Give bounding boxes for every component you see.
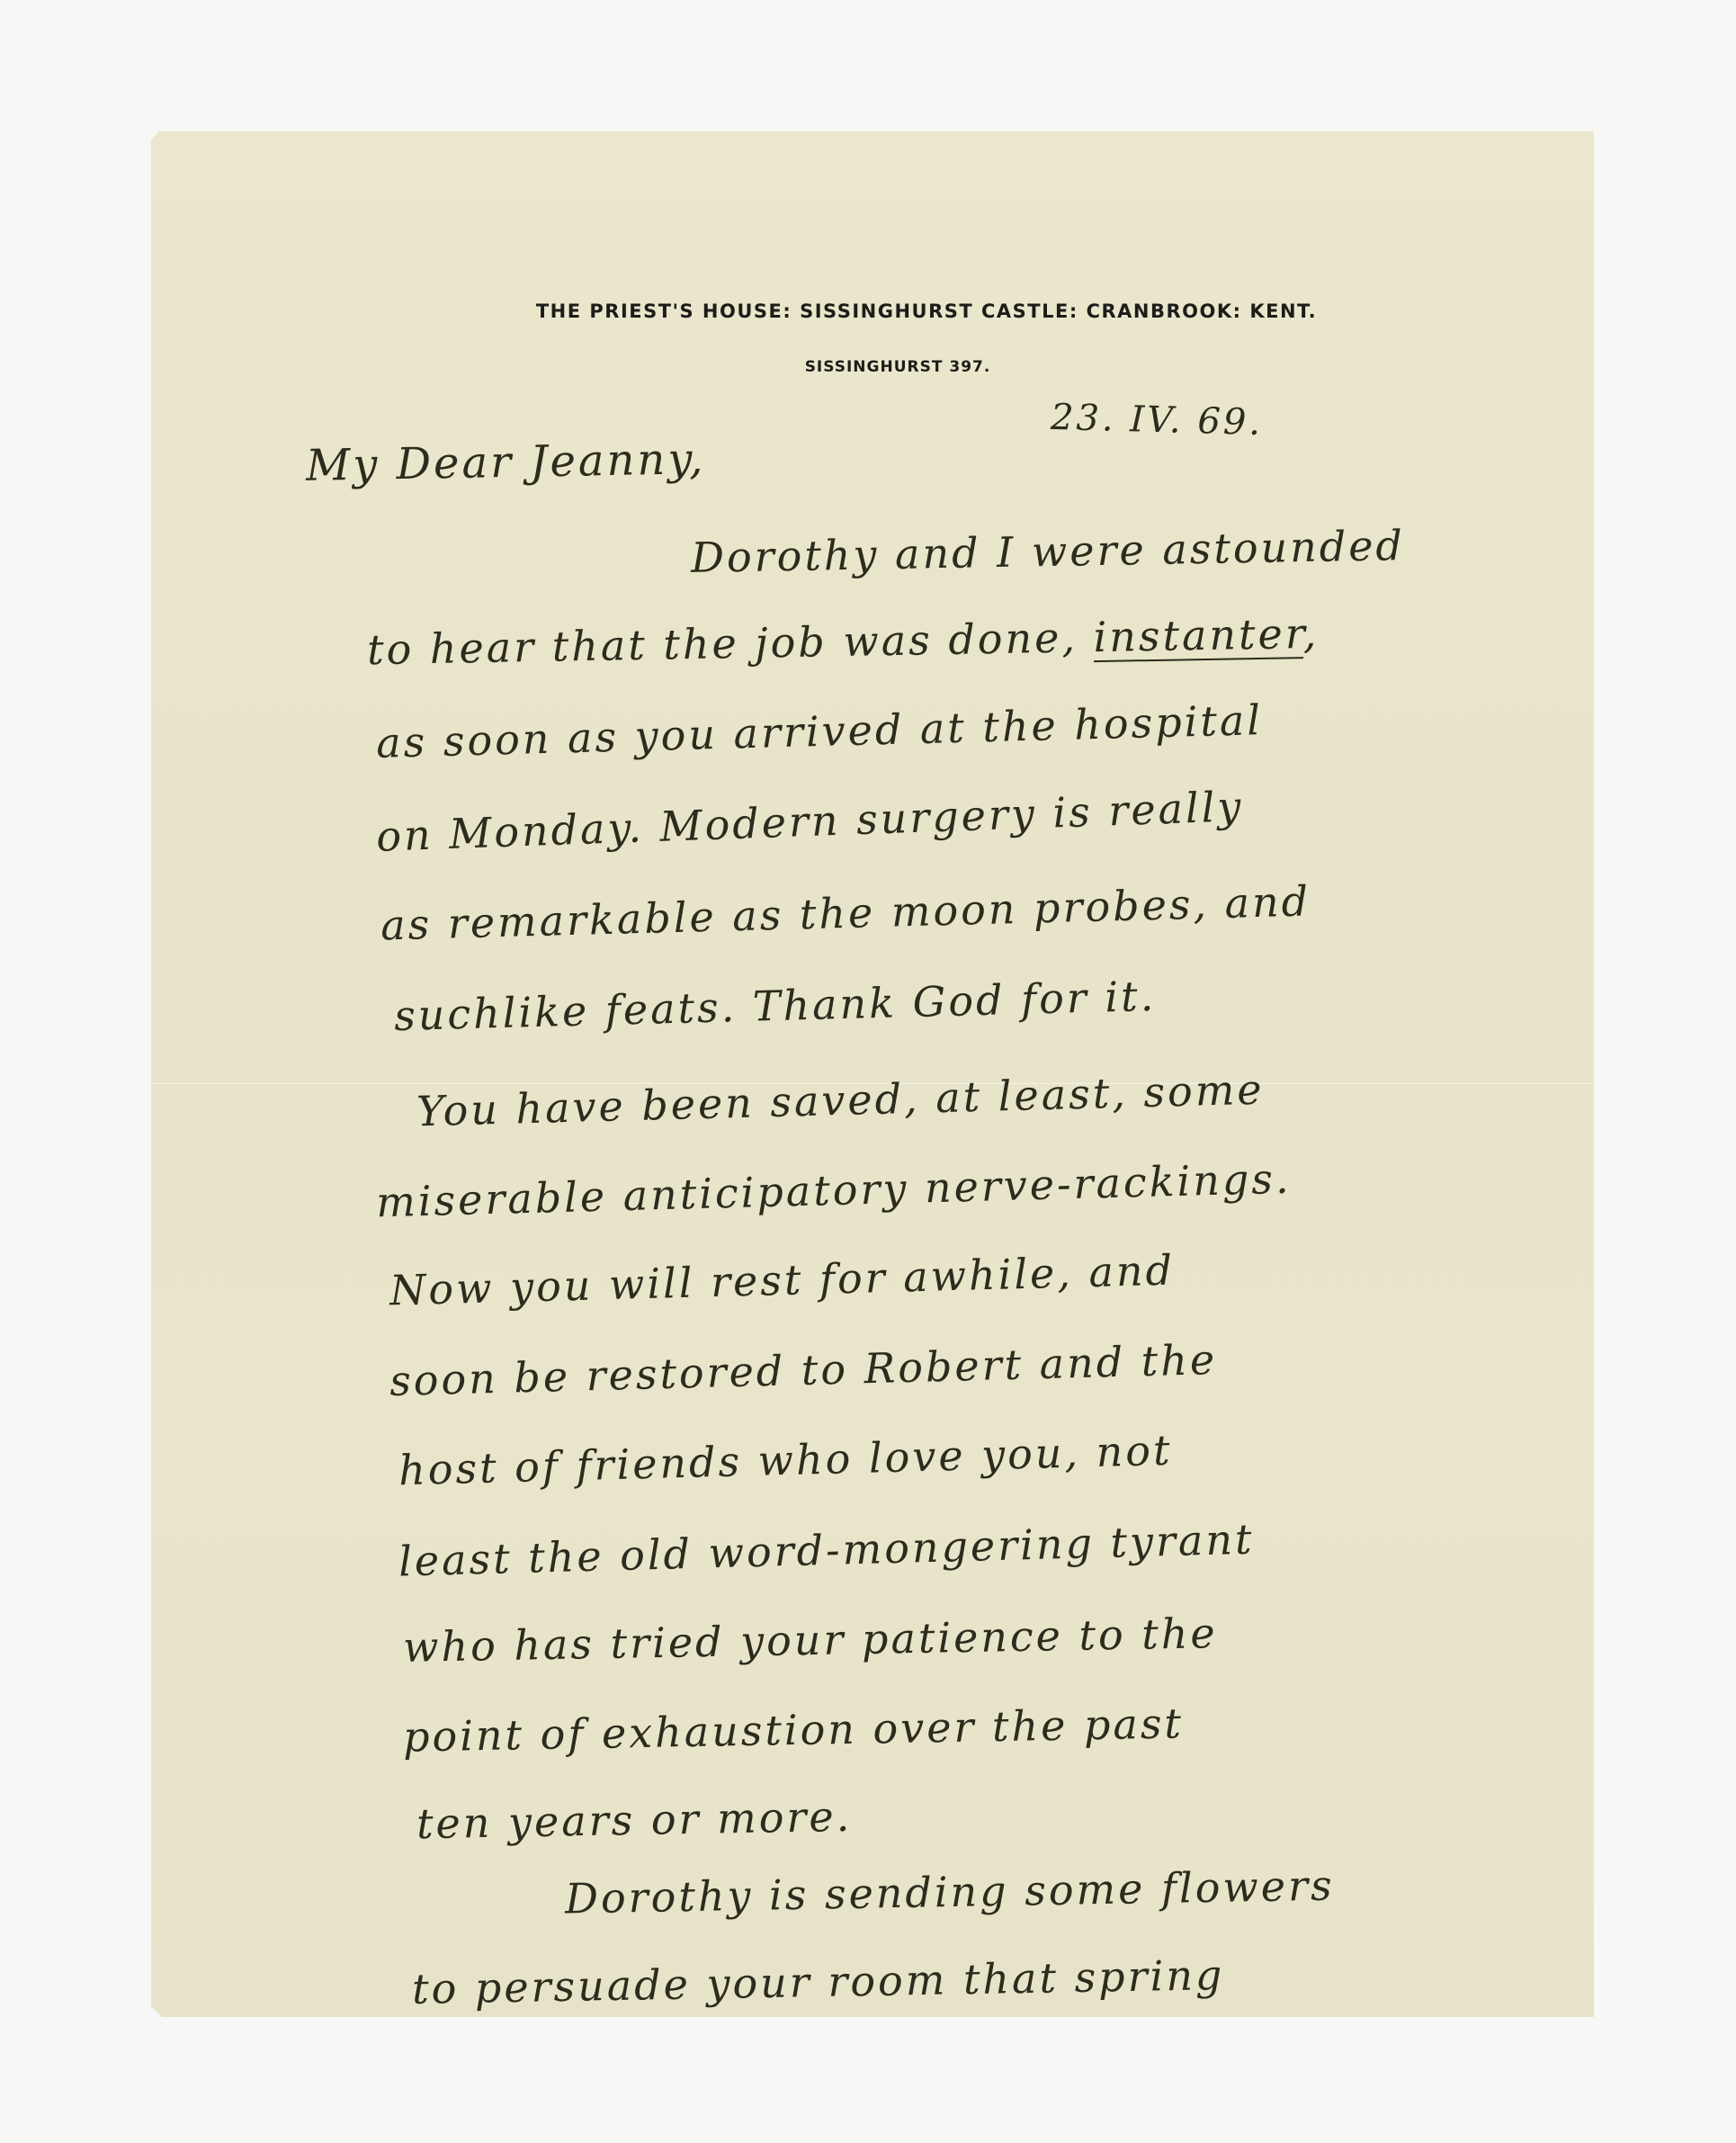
letter-sheet: THE PRIEST'S HOUSE: SISSINGHURST CASTLE:… [151, 131, 1594, 2017]
salutation: My Dear Jeanny, [306, 434, 706, 491]
letter-line: You have been saved, at least, some [416, 1065, 1265, 1136]
letter-line: to persuade your room that spring [412, 1950, 1225, 2013]
letter-line: host of friends who love you, not [398, 1426, 1173, 1495]
letter-line: ten years or more. [416, 1792, 853, 1848]
letter-line: point of exhaustion over the past [403, 1699, 1185, 1761]
letterhead-address: THE PRIEST'S HOUSE: SISSINGHURST CASTLE:… [259, 300, 1594, 322]
letter-line: miserable anticipatory nerve-rackings. [375, 1154, 1292, 1227]
letter-line: soon be restored to Robert and the [389, 1335, 1217, 1405]
letter-line: who has tried your patience to the [403, 1609, 1218, 1672]
letter-line: suchlike feats. Thank God for it. [393, 972, 1156, 1040]
underlined-word: instanter [1093, 609, 1303, 661]
letter-line: on Monday. Modern surgery is really [375, 782, 1244, 861]
letter-line: as soon as you arrived at the hospital [375, 695, 1263, 767]
letter-text: , [1302, 609, 1320, 658]
letterhead-phone: SISSINGHURST 397. [201, 358, 1594, 376]
letter-date: 23. IV. 69. [1050, 397, 1263, 444]
letter-line: Dorothy is sending some flowers [565, 1861, 1335, 1923]
letter-line: to hear that the job was done, instanter… [367, 609, 1320, 674]
letter-line: Now you will rest for awhile, and [389, 1246, 1175, 1315]
letterhead: THE PRIEST'S HOUSE: SISSINGHURST CASTLE:… [151, 300, 1594, 376]
letter-line: least the old word-mongering tyrant [398, 1515, 1255, 1586]
letter-line: Dorothy and I were astounded [691, 521, 1406, 582]
letter-text: to hear that the job was done, [367, 613, 1078, 674]
letter-line: as remarkable as the moon probes, and [380, 876, 1311, 949]
